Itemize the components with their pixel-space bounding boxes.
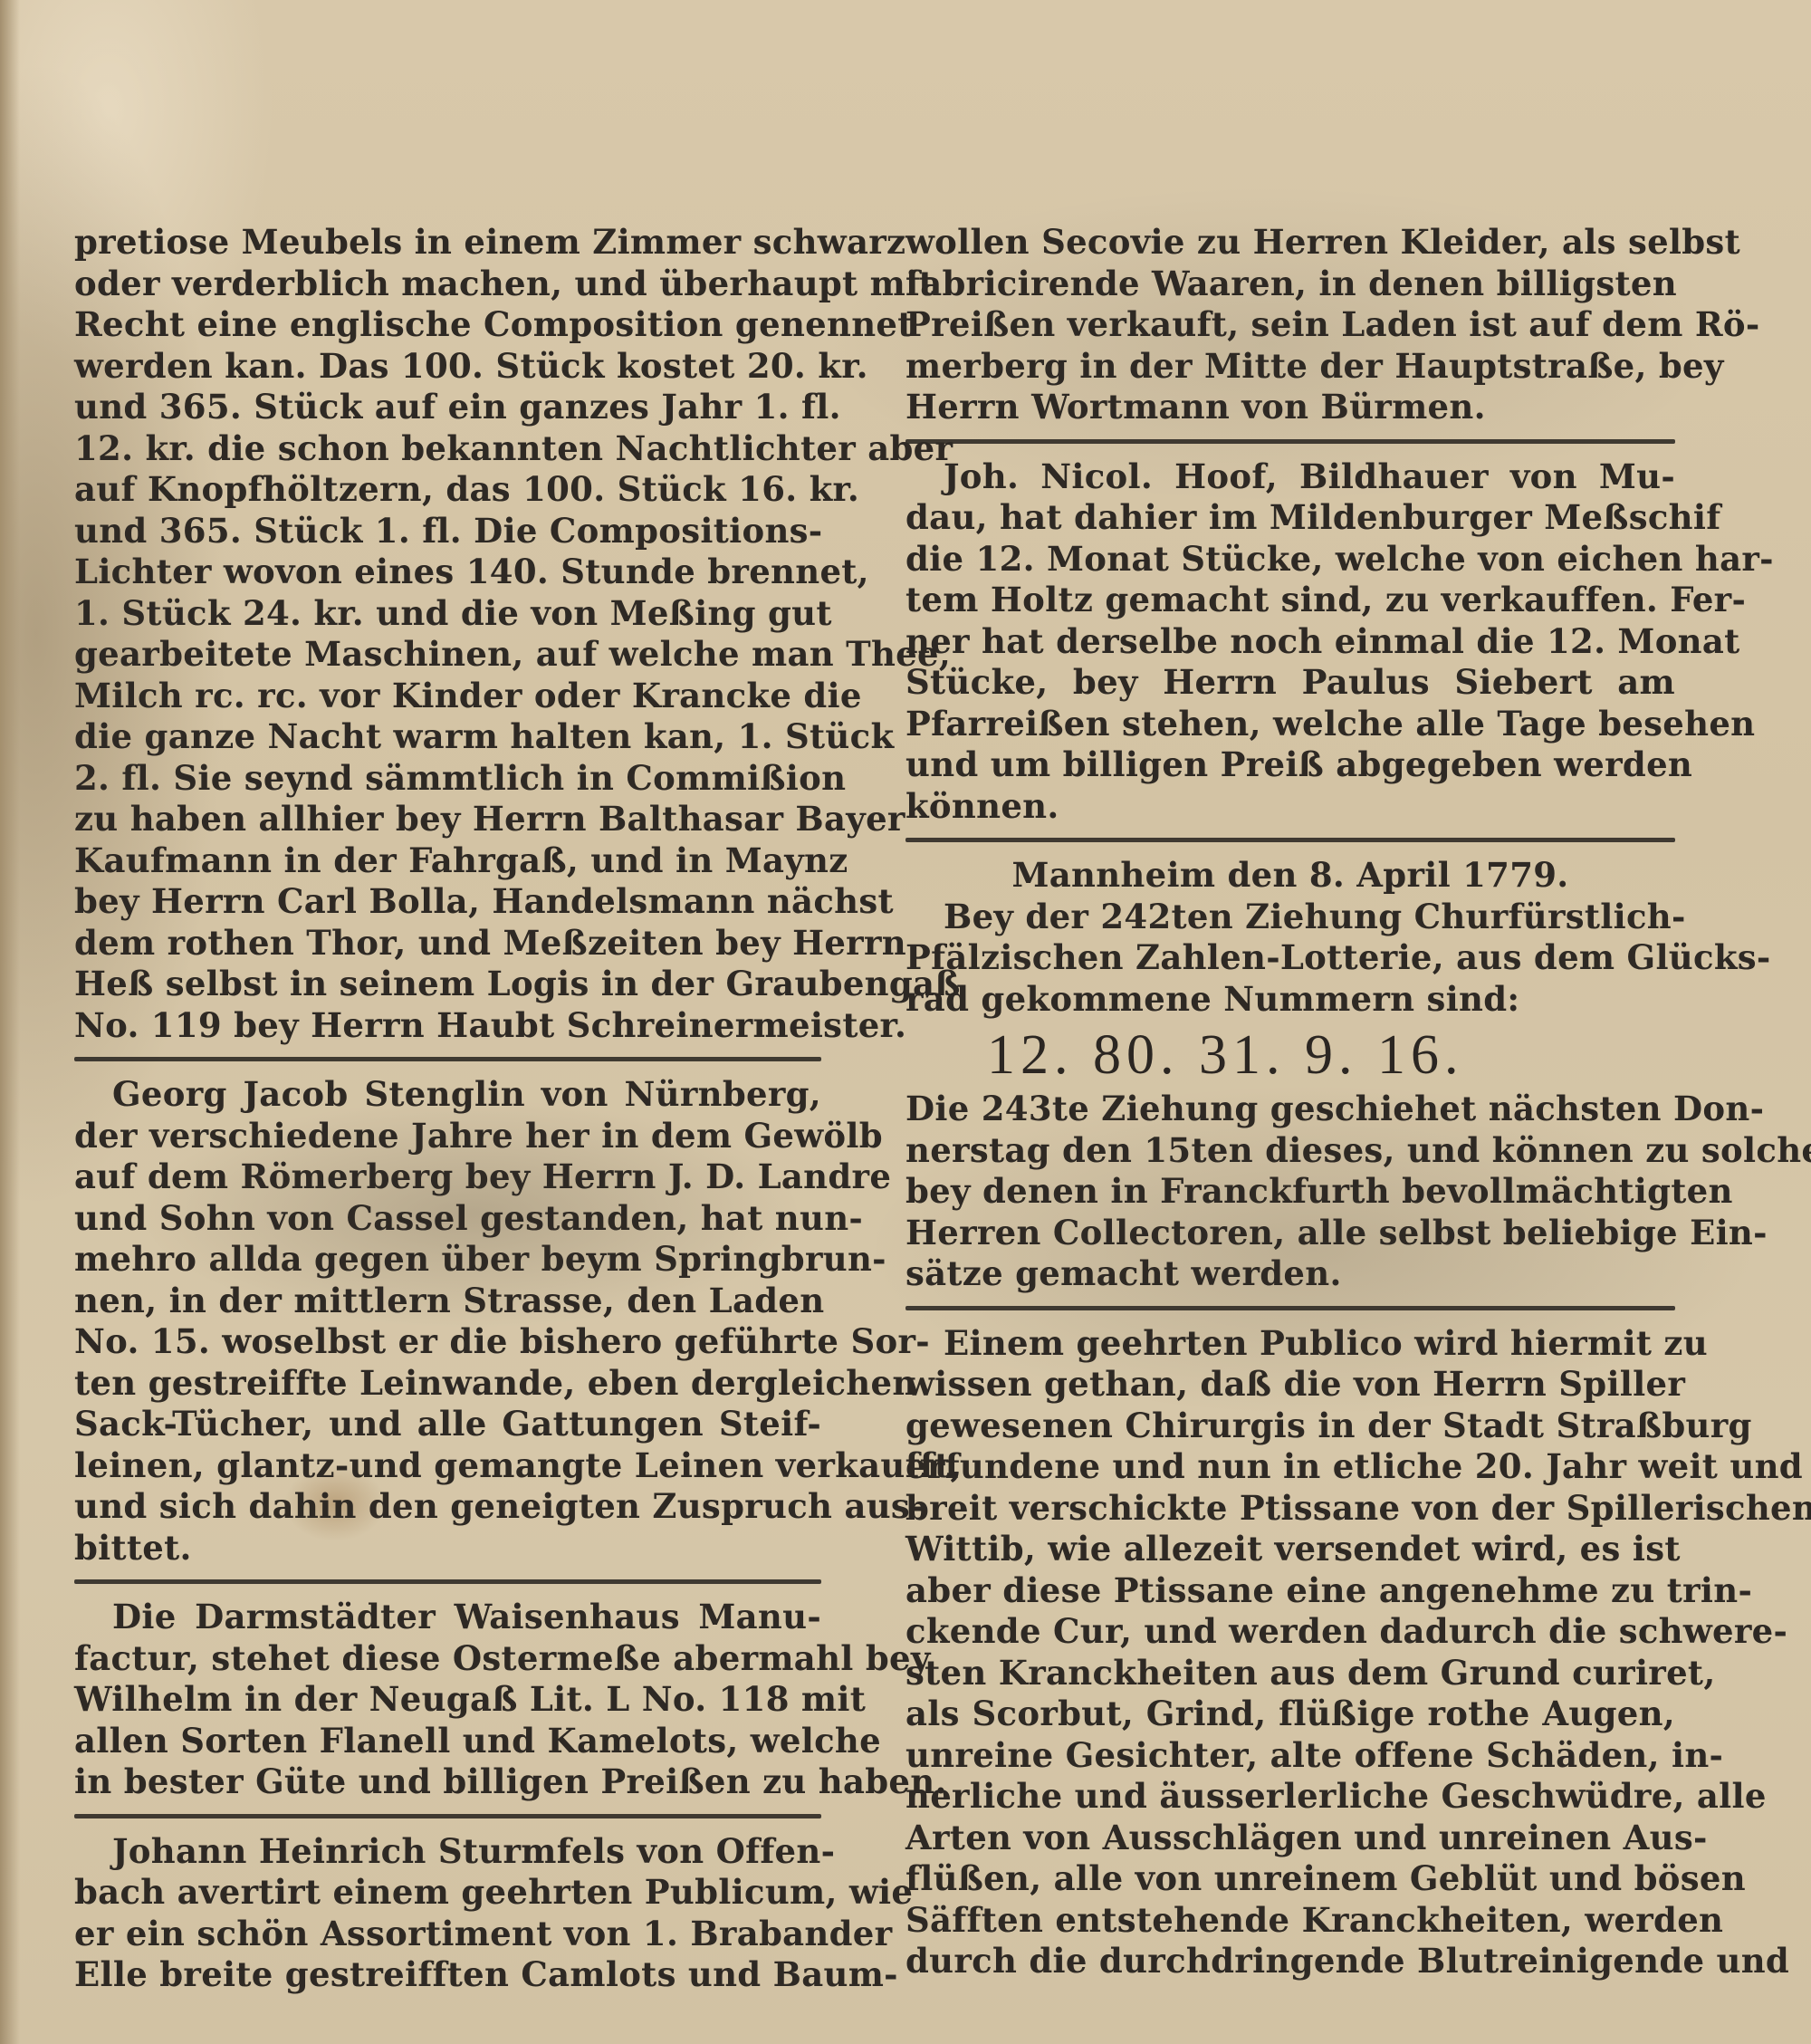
text-line: Die Darmstädter Waisenhaus Manu- [74,1597,821,1638]
text-line: und 365. Stück 1. fl. Die Compositions- [74,511,821,552]
text-line: nerstag den 15ten dieses, und können zu … [905,1130,1675,1172]
text-line: Wittib, wie allezeit versendet wird, es … [905,1529,1675,1570]
text-line: ten gestreiffte Leinwande, eben dergleic… [74,1363,821,1405]
text-line: ckende Cur, und werden dadurch die schwe… [905,1611,1675,1653]
notice-darmstadt-orphanage-manufactory: Die Darmstädter Waisenhaus Manu- factur,… [74,1597,821,1803]
text-line: gearbeitete Maschinen, auf welche man Th… [74,634,821,676]
section-divider [74,1057,821,1061]
text-line: 12. kr. die schon bekannten Nachtlichter… [74,428,821,470]
text-line: 1. Stück 24. kr. und die von Meßing gut [74,593,821,635]
section-divider [905,838,1675,842]
lottery-winning-numbers: 12. 80. 31. 9. 16. [905,1022,1675,1089]
section-divider [74,1814,821,1818]
text-line: factur, stehet diese Ostermeße abermahl … [74,1638,821,1680]
text-line: und 365. Stück auf ein ganzes Jahr 1. fl… [74,387,821,428]
text-line: merberg in der Mitte der Hauptstraße, be… [905,346,1675,388]
text-line: Pfälzischen Zahlen-Lotterie, aus dem Glü… [905,937,1675,979]
text-line: Arten von Ausschlägen und unreinen Aus- [905,1818,1675,1859]
notice-candles-advertisement: pretiose Meubels in einem Zimmer schwarz… [74,222,821,1046]
text-line: erfundene und nun in etliche 20. Jahr we… [905,1446,1675,1488]
text-line: Elle breite gestreifften Camlots und Bau… [74,1954,821,1996]
text-line: Herrn Wortmann von Bürmen. [905,387,1675,428]
text-line: rad gekommene Nummern sind: [905,979,1675,1021]
text-line: durch die durchdringende Blutreinigende … [905,1941,1675,1982]
text-line: No. 15. woselbst er die bishero geführte… [74,1321,821,1363]
notice-stenglin-linen-shop: Georg Jacob Stenglin von Nürnberg, der v… [74,1074,821,1569]
text-line: und sich dahin den geneigten Zuspruch au… [74,1486,821,1528]
text-line: auf Knopfhöltzern, das 100. Stück 16. kr… [74,469,821,511]
text-line: leinen, glantz-und gemangte Leinen verka… [74,1445,821,1487]
text-line: mehro allda gegen über beym Springbrun- [74,1239,821,1281]
text-line: allen Sorten Flanell und Kamelots, welch… [74,1721,821,1762]
page-gutter-shadow [0,0,20,2044]
text-line: Joh. Nicol. Hoof, Bildhauer von Mu- [905,456,1675,498]
text-line: Recht eine englische Composition genenne… [74,304,821,346]
text-line: sten Kranckheiten aus dem Grund curiret, [905,1653,1675,1694]
text-line: pretiose Meubels in einem Zimmer schwarz [74,222,821,264]
text-line: Georg Jacob Stenglin von Nürnberg, [74,1074,821,1116]
section-divider [74,1579,821,1584]
text-line: bittet. [74,1528,821,1569]
text-line: wollen Secovie zu Herren Kleider, als se… [905,222,1675,264]
text-line: werden kan. Das 100. Stück kostet 20. kr… [74,346,821,388]
text-line: bey Herrn Carl Bolla, Handelsmann nächst [74,881,821,923]
text-line: die 12. Monat Stücke, welche von eichen … [905,539,1675,581]
text-line: fabricirende Waaren, in denen billigsten [905,264,1675,305]
text-line: Säfften entstehende Kranckheiten, werden [905,1900,1675,1942]
text-line: unreine Gesichter, alte offene Schäden, … [905,1735,1675,1777]
text-line: auf dem Römerberg bey Herrn J. D. Landre [74,1156,821,1198]
text-line: dem rothen Thor, und Meßzeiten bey Herrn [74,923,821,964]
text-line: gewesenen Chirurgis in der Stadt Straßbu… [905,1406,1675,1447]
text-line: nen, in der mittlern Strasse, den Laden [74,1281,821,1322]
left-column: pretiose Meubels in einem Zimmer schwarz… [74,222,821,1996]
text-line: Sack-Tücher, und alle Gattungen Steif- [74,1404,821,1445]
text-line: und um billigen Preiß abgegeben werden [905,744,1675,786]
text-line: bach avertirt einem geehrten Publicum, w… [74,1872,821,1914]
text-line: Einem geehrten Publico wird hiermit zu [905,1323,1675,1365]
notice-sturmfels-camlots: Johann Heinrich Sturmfels von Offen- bac… [74,1831,821,1996]
dateline: Mannheim den 8. April 1779. [905,855,1675,897]
text-line: aber diese Ptissane eine angenehme zu tr… [905,1570,1675,1612]
notice-hoof-sculptor: Joh. Nicol. Hoof, Bildhauer von Mu- dau,… [905,456,1675,828]
text-line: Kaufmann in der Fahrgaß, und in Maynz [74,840,821,882]
text-line: Stücke, bey Herrn Paulus Siebert am [905,662,1675,704]
notice-spiller-ptissane-remedy: Einem geehrten Publico wird hiermit zu w… [905,1323,1675,1982]
text-line: 2. fl. Sie seynd sämmtlich in Commißion [74,758,821,800]
text-line: Bey der 242ten Ziehung Churfürstlich- [905,897,1675,938]
text-line: Pfarreißen stehen, welche alle Tage bese… [905,704,1675,745]
text-line: bey denen in Franckfurth bevollmächtigte… [905,1171,1675,1213]
text-line: er ein schön Assortiment von 1. Brabande… [74,1914,821,1955]
text-line: und Sohn von Cassel gestanden, hat nun- [74,1198,821,1240]
text-line: Preißen verkauft, sein Laden ist auf dem… [905,304,1675,346]
text-line: Milch rc. rc. vor Kinder oder Krancke di… [74,676,821,717]
text-line: ner hat derselbe noch einmal die 12. Mon… [905,621,1675,663]
text-line: können. [905,786,1675,828]
notice-wortmann-fabrics: wollen Secovie zu Herren Kleider, als se… [905,222,1675,428]
text-line: oder verderblich machen, und überhaupt m… [74,264,821,305]
section-divider [905,439,1675,444]
text-line: Johann Heinrich Sturmfels von Offen- [74,1831,821,1873]
text-line: breit verschickte Ptissane von der Spill… [905,1488,1675,1530]
right-column: wollen Secovie zu Herren Kleider, als se… [905,222,1675,1982]
text-line: zu haben allhier bey Herrn Balthasar Bay… [74,799,821,840]
text-line: Herren Collectoren, alle selbst beliebig… [905,1213,1675,1254]
text-line: Die 243te Ziehung geschiehet nächsten Do… [905,1089,1675,1130]
text-line: tem Holtz gemacht sind, zu verkauffen. F… [905,580,1675,621]
text-line: als Scorbut, Grind, flüßige rothe Augen, [905,1694,1675,1735]
text-line: wissen gethan, daß die von Herrn Spiller [905,1364,1675,1406]
text-line: No. 119 bey Herrn Haubt Schreinermeister… [74,1005,821,1047]
text-line: in bester Güte und billigen Preißen zu h… [74,1761,821,1803]
notice-mannheim-lottery: Mannheim den 8. April 1779. Bey der 242t… [905,855,1675,1295]
section-divider [905,1306,1675,1310]
text-line: Lichter wovon eines 140. Stunde brennet, [74,552,821,593]
text-line: die ganze Nacht warm halten kan, 1. Stüc… [74,716,821,758]
text-line: sätze gemacht werden. [905,1253,1675,1295]
text-line: Heß selbst in seinem Logis in der Graube… [74,964,821,1005]
text-line: nerliche und äusserlerliche Geschwüdre, … [905,1776,1675,1818]
text-line: flüßen, alle von unreinem Geblüt und bös… [905,1858,1675,1900]
text-line: der verschiedene Jahre her in dem Gewölb [74,1116,821,1157]
text-line: dau, hat dahier im Mildenburger Meßschif [905,497,1675,539]
text-line: Wilhelm in der Neugaß Lit. L No. 118 mit [74,1679,821,1721]
